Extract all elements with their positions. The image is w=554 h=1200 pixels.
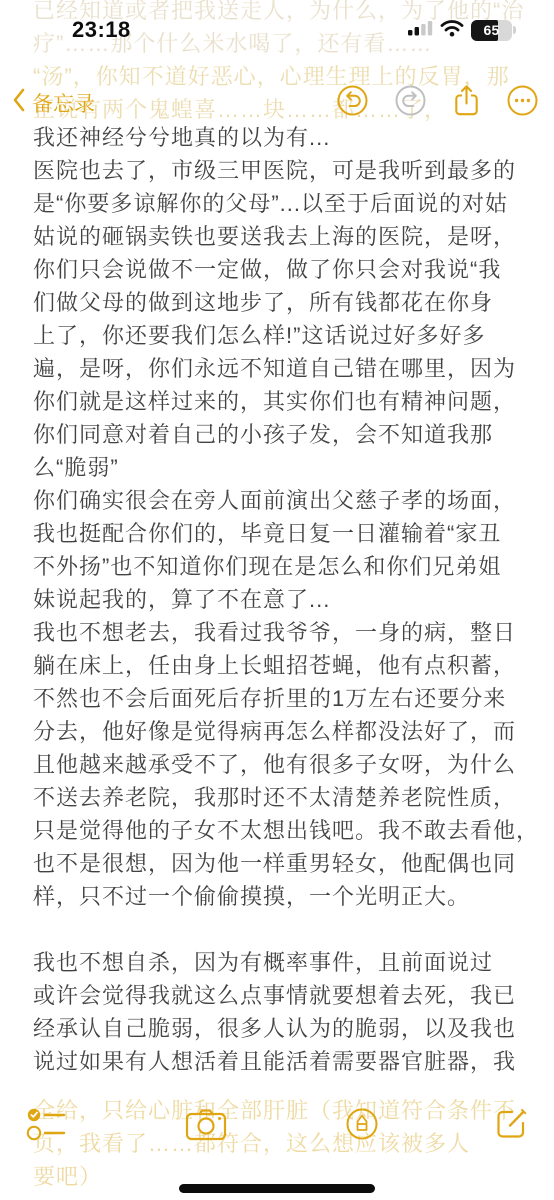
- cellular-signal-icon: [408, 19, 433, 41]
- more-icon[interactable]: [507, 85, 538, 121]
- note-editor[interactable]: 我还神经兮兮地真的以为有...医院也去了，市级三甲医院，可是我听到最多的是“你要…: [33, 121, 554, 1078]
- camera-icon[interactable]: [184, 1106, 228, 1147]
- back-button[interactable]: 备忘录: [12, 88, 95, 118]
- note-line: 说过如果有人想活着且能活着需要器官脏器，我: [33, 1045, 554, 1078]
- note-line: 不送去养老院，我那时还不太清楚养老院性质，: [33, 781, 554, 814]
- note-line: 躺在床上，任由身上长蛆招苍蝇，他有点积蓄，: [33, 649, 554, 682]
- markup-icon[interactable]: [345, 1107, 379, 1146]
- note-line: 我也不想老去，我看过我爷爷，一身的病，整日: [33, 616, 554, 649]
- clock: 23:18: [72, 17, 131, 43]
- note-line: 只是觉得他的子女不太想出钱吧。我不敢去看他，: [33, 814, 554, 847]
- note-line: 也不是很想，因为他一样重男轻女，他配偶也同: [33, 847, 554, 880]
- bottom-toolbar: [0, 1098, 554, 1154]
- note-line: 医院也去了，市级三甲医院，可是我听到最多的: [33, 154, 554, 187]
- note-line: 是“你要多谅解你的父母”...以至于后面说的对姑: [33, 187, 554, 220]
- status-bar: 23:18 65: [0, 10, 554, 50]
- note-line: 姑说的砸锅卖铁也要送我去上海的医院，是呀，: [33, 220, 554, 253]
- compose-icon[interactable]: [495, 1107, 528, 1145]
- checklist-icon[interactable]: [26, 1105, 68, 1148]
- note-line: 样，只不过一个偷偷摸摸，一个光明正大。: [33, 880, 554, 913]
- wifi-icon: [440, 19, 464, 42]
- note-line: 上了，你还要我们怎么样!”这话说过好多好多: [33, 319, 554, 352]
- note-line: 么“脆弱”: [33, 451, 554, 484]
- note-line: 们做父母的做到这地步了，所有钱都花在你身: [33, 286, 554, 319]
- note-line: 你们就是这样过来的，其实你们也有精神问题，: [33, 385, 554, 418]
- note-line: 不外扬”也不知道你们现在是怎么和你们兄弟姐: [33, 550, 554, 583]
- note-line: 遍，是呀，你们永远不知道自己错在哪里，因为: [33, 352, 554, 385]
- home-indicator[interactable]: [179, 1184, 375, 1193]
- back-label: 备忘录: [32, 88, 95, 118]
- note-line: 且他越来越承受不了，他有很多子女呀，为什么: [33, 748, 554, 781]
- note-line: 你们同意对着自己的小孩子发，会不知道我那: [33, 418, 554, 451]
- note-line: 妹说起我的，算了不在意了...: [33, 583, 554, 616]
- note-line: 你们只会说做不一定做，做了你只会对我说“我: [33, 253, 554, 286]
- note-line: 不然也不会后面死后存折里的1万左右还要分来: [33, 682, 554, 715]
- note-line: [33, 913, 554, 946]
- note-line: 我也不想自杀，因为有概率事件，且前面说过: [33, 946, 554, 979]
- share-icon[interactable]: [453, 84, 480, 122]
- note-line: 分去，他好像是觉得病再怎么样都没法好了，而: [33, 715, 554, 748]
- chevron-left-icon: [12, 88, 25, 118]
- battery-icon: 65: [471, 20, 516, 41]
- nav-bar: 备忘录: [0, 80, 554, 126]
- note-line: 你们确实很会在旁人面前演出父慈子孝的场面，: [33, 484, 554, 517]
- redo-icon[interactable]: [395, 85, 426, 121]
- note-line: 我也挺配合你们的，毕竟日复一日灌输着“家丑: [33, 517, 554, 550]
- note-line: 或许会觉得我就这么点事情就要想着去死，我已: [33, 979, 554, 1012]
- undo-icon[interactable]: [337, 85, 368, 121]
- note-line: 经承认自己脆弱，很多人认为的脆弱，以及我也: [33, 1012, 554, 1045]
- battery-percent: 65: [471, 20, 512, 41]
